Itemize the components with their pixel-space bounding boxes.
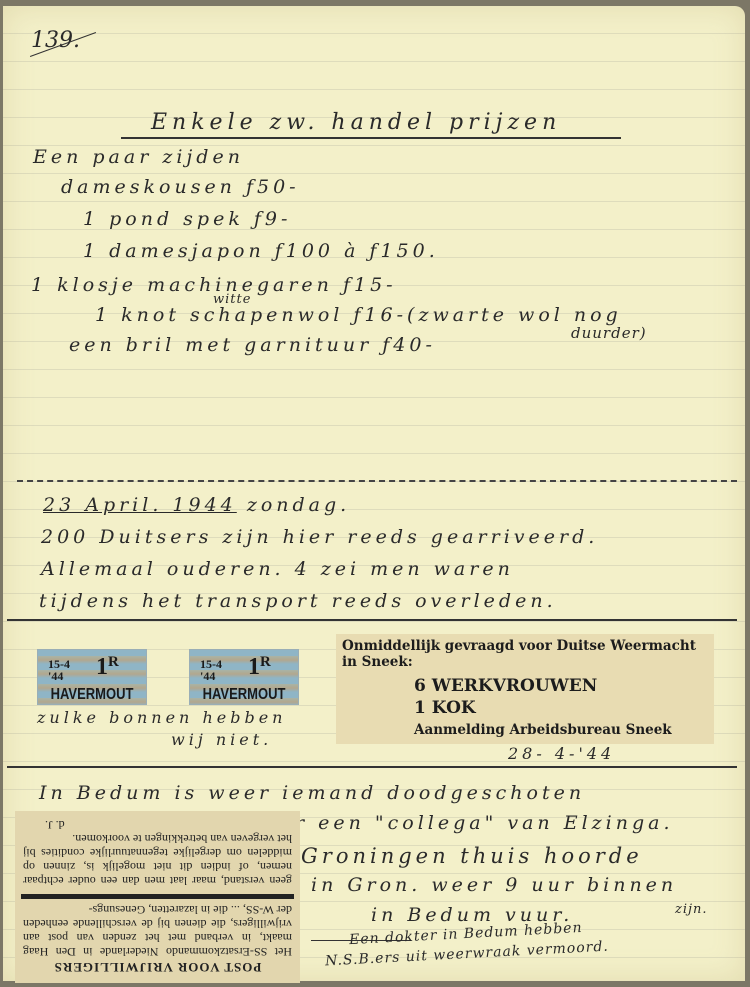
diary-page: 139. Enkele zw. handel prijzen Een paar … <box>3 6 745 981</box>
ad-date: 28- 4-'44 <box>508 744 615 763</box>
newspaper-clipping-ad: Onmiddellijk gevraagd voor Duitse Weerma… <box>336 634 714 744</box>
entry-line: tijdens het transport reeds overleden. <box>39 590 557 612</box>
price-line: dameskousen ƒ50- <box>61 176 300 198</box>
coupon-date: 15-4 '44 <box>48 658 88 682</box>
entry-line: 200 Duitsers zijn hier reeds gearriveerd… <box>41 526 598 548</box>
entry-insert: zijn. <box>675 902 708 917</box>
entry-date-text: 23 April. 1944 <box>43 494 237 516</box>
ration-coupon: 15-4 '44 1R HAVERMOUT <box>189 649 299 705</box>
entry-line: Groningen thuis hoorde <box>301 844 643 868</box>
newspaper-clipping-upside-down: POST VOOR VRIJWILLIGERS Het SS-Ersatzkom… <box>15 811 300 983</box>
ad-line: 6 WERKVROUWEN <box>414 676 597 696</box>
section-rule <box>7 766 737 768</box>
prices-title: Enkele zw. handel prijzen <box>151 110 561 135</box>
coupon-product: HAVERMOUT <box>38 685 146 703</box>
ad-footer: Aanmelding Arbeidsbureau Sneek <box>414 722 672 738</box>
entry-date: 23 April. 1944 zondag. <box>43 494 350 516</box>
ad-line: 1 KOK <box>414 698 476 718</box>
price-continuation: duurder) <box>571 324 647 342</box>
section-divider <box>17 480 737 482</box>
entry-day: zondag. <box>247 494 350 516</box>
coupon-number: 1 <box>248 654 260 680</box>
entry-line: r een "collega" van Elzinga. <box>295 812 674 834</box>
coupon-unit: R <box>108 654 119 670</box>
coupon-caption: zulke bonnen hebben <box>37 708 286 727</box>
coupon-unit: R <box>260 654 271 670</box>
ad-header: Onmiddellijk gevraagd voor Duitse Weerma… <box>342 638 712 670</box>
clipping-signature: d. J. <box>15 817 300 832</box>
price-line: 1 pond spek ƒ9- <box>83 208 291 230</box>
clipping-body: geen verstand, maar laat men dan een oud… <box>15 832 300 888</box>
coupon-number: 1 <box>96 654 108 680</box>
price-line: 1 damesjapon ƒ100 à ƒ150. <box>83 240 439 262</box>
price-line: een bril met garnituur ƒ40- <box>69 334 436 356</box>
price-line: 1 knot schapenwol ƒ16-(zwarte wol nog <box>95 304 622 326</box>
coupon-product: HAVERMOUT <box>190 685 298 703</box>
coupon-value: 1R <box>248 654 271 681</box>
clipping-divider <box>21 894 294 899</box>
coupon-date: 15-4 '44 <box>200 658 240 682</box>
entry-underline <box>7 619 737 621</box>
entry-line: In Bedum is weer iemand doodgeschoten <box>39 782 585 804</box>
entry-line: Allemaal ouderen. 4 zei men waren <box>41 558 514 580</box>
coupon-value: 1R <box>96 654 119 681</box>
clipping-title: POST VOOR VRIJWILLIGERS <box>15 959 300 975</box>
coupon-caption: wij niet. <box>171 730 272 749</box>
entry-line: in Gron. weer 9 uur binnen <box>311 874 677 896</box>
price-line: Een paar zijden <box>33 146 244 168</box>
title-underline <box>121 137 621 139</box>
ration-coupon: 15-4 '44 1R HAVERMOUT <box>37 649 147 705</box>
clipping-body: Het SS-Ersatzkommando Niederlande in Den… <box>15 903 300 959</box>
